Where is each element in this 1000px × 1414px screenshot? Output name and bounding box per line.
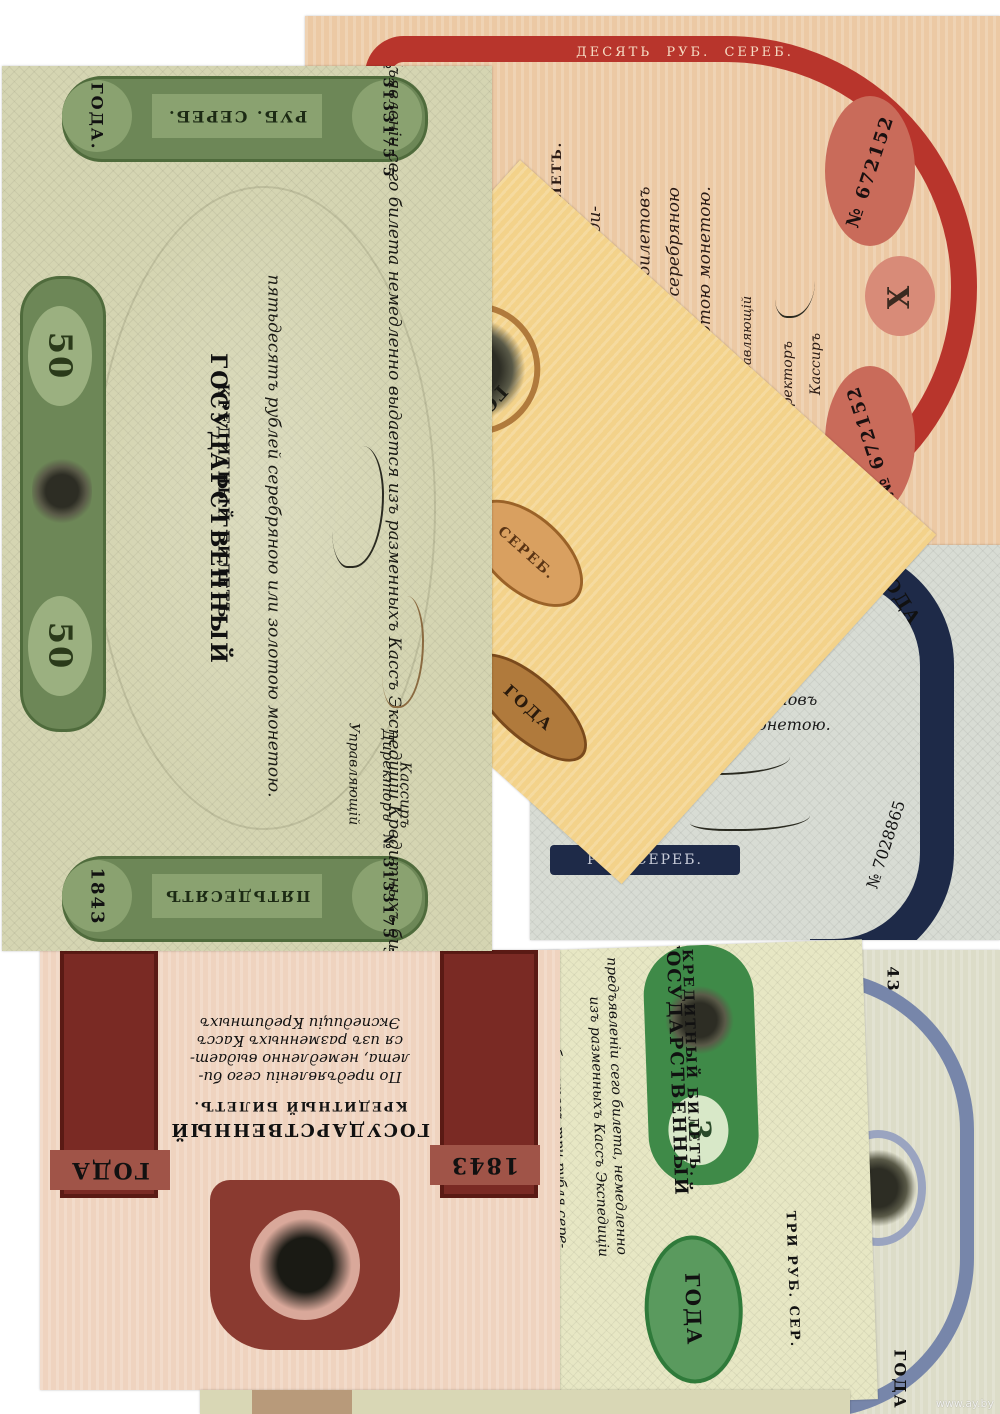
note-title: ГОСУДАРСТВЕННЫЙ — [170, 1119, 430, 1140]
denomination-label: ТРИ РУБ. СЕР. — [782, 1211, 802, 1349]
top-denomination-band: ДЕСЯТЬ РУБ. СЕРЕБ. — [545, 38, 825, 66]
signature-mark — [382, 596, 424, 708]
inverted-text-block: ГОСУДАРСТВЕННЫЙ КРЕДИТНЫЙ БИЛЕТЪ. По пре… — [170, 970, 430, 1140]
year: 1843 — [86, 867, 107, 925]
denomination-oval-top: 50 — [28, 306, 92, 406]
currency-oval-text: СЕРЕБ. — [494, 523, 558, 583]
roman-numeral-oval: X — [865, 256, 935, 336]
year: 1843 — [450, 1152, 519, 1178]
currency-band-text: РУБ. СЕРЕБ. — [167, 107, 307, 126]
band-word-1: ДЕСЯТЬ — [576, 45, 652, 60]
coat-of-arms-eagle — [32, 446, 92, 536]
signature-label-director: Директоръ — [379, 729, 397, 821]
coat-of-arms-eagle — [250, 1210, 360, 1320]
year-suffix: ГОДА — [500, 680, 557, 734]
body-line: лета, немедленно выдает- — [170, 1050, 430, 1068]
denomination-oval-bottom: 50 — [28, 596, 92, 696]
body-line: Экспедиціи Кредитныхъ — [170, 1014, 430, 1032]
serial-oval-top: № 672152 — [825, 96, 915, 246]
band-word-3: СЕРЕБ. — [724, 45, 793, 60]
banknote-brown-inverted: ГОДА 1843 ГОСУДАРСТВЕННЫЙ КРЕДИТНЫЙ БИЛЕ… — [40, 950, 560, 1390]
denomination-numeral-bottom: 50 — [41, 622, 79, 671]
signature-label-manager: Управляющій — [345, 723, 361, 826]
body-line: По предъявленіи сего би- — [170, 1068, 430, 1086]
year-suffix: ГОДА — [70, 1157, 150, 1183]
year-oval: ГОДА — [642, 1234, 745, 1385]
note-subtitle: КРЕДИТНЫЙ БИЛЕТЪ. — [170, 1098, 430, 1113]
body-line: ся изъ разменныхъ Кассъ — [170, 1032, 430, 1050]
watermark: www.ay.by — [936, 1397, 994, 1410]
band-word-2: РУБ. — [666, 45, 710, 60]
year-plate: 1843 — [430, 1145, 540, 1185]
year-suffix-plate: ГОДА — [50, 1150, 170, 1190]
denomination-numeral-top: 50 — [41, 332, 79, 381]
serial-number-top: № 672152 — [842, 112, 898, 230]
note-subtitle: КРЕДИТНЫЙ БИЛЕТЪ. — [215, 383, 233, 626]
year-fragment: 43 — [884, 966, 903, 992]
year-suffix: ГОДА — [680, 1272, 707, 1346]
currency-band: РУБ. СЕРЕБ. — [152, 94, 322, 138]
strip-ornament — [252, 1390, 352, 1414]
banknote-strip-bottom — [200, 1390, 850, 1414]
banknote-50-rubles-green: РУБ. СЕРЕБ. ГОДА. № 3133175 5 50 50 ПЯТЬ… — [2, 66, 492, 951]
roman-numeral: X — [883, 283, 918, 308]
signature-label-cashier: Кассиръ — [808, 333, 824, 395]
year-suffix: ГОДА. — [88, 82, 107, 150]
year-suffix: ГОДА — [891, 1349, 910, 1409]
signature-label-cashier: Кассиръ — [396, 762, 414, 829]
denomination-word: ПЯТЬДЕСЯТЪ — [164, 887, 310, 905]
year-oval: 1843 — [62, 860, 132, 932]
signature-mark — [690, 805, 810, 831]
body-line: пятьдесятъ рублей серебряною или золотою… — [263, 275, 283, 798]
denomination-word-band: ПЯТЬДЕСЯТЪ — [152, 874, 322, 918]
year-suffix-oval: ГОДА. — [62, 80, 132, 152]
banknote-3-rubles-green: 3 ГОДА ТРИ РУБ. СЕР. ГОСУДАРСТВЕННЫЙ КРЕ… — [532, 939, 878, 1410]
